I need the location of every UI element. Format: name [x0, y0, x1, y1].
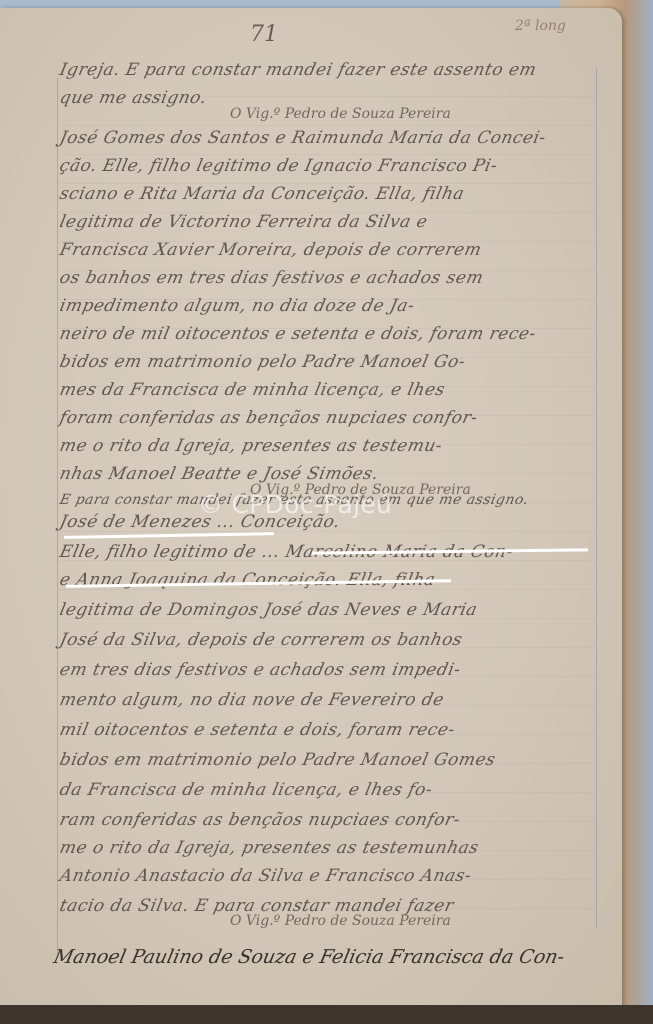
text-line: neiro de mil oitocentos e setenta e dois…: [58, 324, 538, 344]
text-line: legitima de Victorino Ferreira da Silva …: [58, 212, 429, 232]
text-line: José Gomes dos Santos e Raimunda Maria d…: [58, 128, 548, 148]
text-line: me o rito da Igreja, presentes as testem…: [58, 838, 481, 858]
page-number: 71: [250, 22, 278, 47]
text-line: legitima de Domingos José das Neves e Ma…: [58, 600, 479, 620]
text-line: ram conferidas as bençãos nupciaes confo…: [58, 810, 462, 830]
signature-vicar: O Vig.º Pedro de Souza Pereira: [230, 913, 451, 929]
text-line: que me assigno.: [58, 88, 209, 108]
text-line: me o rito da Igreja, presentes as testem…: [58, 436, 444, 456]
folio-note: 2ª long: [515, 18, 566, 34]
watermark: © CPDoc-Pajeú: [198, 490, 392, 519]
text-line: José da Silva, depois de correrem os ban…: [58, 630, 464, 650]
book-bottom-edge: [0, 1005, 653, 1024]
text-line: mil oitocentos e setenta e dois, foram r…: [58, 720, 457, 740]
text-line: ção. Elle, filho legitimo de Ignacio Fra…: [58, 156, 500, 176]
text-line: bidos em matrimonio pelo Padre Manoel Go…: [58, 352, 467, 372]
text-line: Igreja. E para constar mandei fazer este…: [58, 60, 538, 80]
text-line: impedimento algum, no dia doze de Ja-: [58, 296, 417, 316]
right-margin-line: [596, 68, 597, 928]
text-line: bidos em matrimonio pelo Padre Manoel Go…: [58, 750, 498, 770]
text-line: sciano e Rita Maria da Conceição. Ella, …: [58, 184, 466, 204]
text-line: da Francisca de minha licença, e lhes fo…: [58, 780, 434, 800]
text-line: mento algum, no dia nove de Fevereiro de: [58, 690, 446, 710]
text-line: Francisca Xavier Moreira, depois de corr…: [58, 240, 484, 260]
text-line: os banhos em tres dias festivos e achado…: [58, 268, 485, 288]
text-line: foram conferidas as bençãos nupciaes con…: [58, 408, 480, 428]
text-line: em tres dias festivos e achados sem impe…: [58, 660, 463, 680]
text-line: Antonio Anastacio da Silva e Francisco A…: [58, 866, 473, 886]
signature-vicar: O Vig.º Pedro de Souza Pereira: [230, 106, 451, 122]
text-line: mes da Francisca de minha licença, e lhe…: [58, 380, 447, 400]
next-entry-heading: Manoel Paulino de Souza e Felicia Franci…: [52, 946, 567, 968]
text-line: nhas Manoel Beatte e José Simões.: [58, 464, 381, 484]
